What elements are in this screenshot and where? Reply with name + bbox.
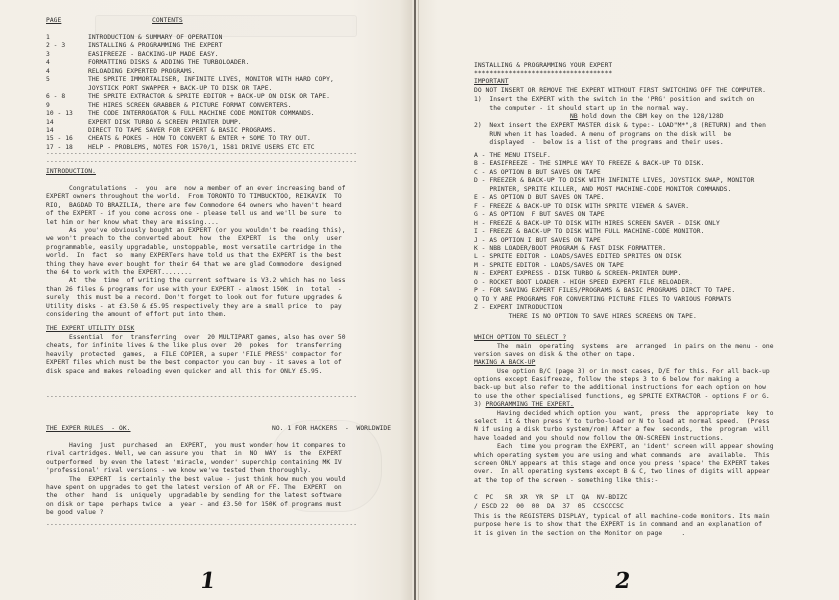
contents-entry: EASIFREEZE - BACKING-UP MADE EASY.	[88, 51, 219, 59]
register-display-line: C PC SR XR YR SP LT QA NV-BDIZC	[474, 494, 628, 502]
menu-option: N - EXPERT EXPRESS - DISK TURBO & SCREEN…	[474, 270, 681, 278]
page-title: INSTALLING & PROGRAMMING YOUR EXPERT	[474, 62, 612, 70]
section-heading: INTRODUCTION.	[46, 168, 96, 176]
menu-option: D - FREEZER & BACK-UP TO DISK WITH INFIN…	[474, 177, 754, 185]
menu-option: H - FREEZE & BACK-UP TO DISK WITH HIRES …	[474, 220, 720, 228]
paragraph-line: cheats, for infinite lives & the like pl…	[46, 342, 342, 350]
step-line: 1) Insert the EXPERT with the switch in …	[474, 96, 754, 104]
paragraph-line: we won't preach to the converted about h…	[46, 235, 342, 243]
paragraph-line: at the top of the screen - something lik…	[474, 477, 658, 485]
step-line: RUN when it has loaded. A menu of progra…	[474, 131, 731, 139]
contents-page-number: 1	[46, 34, 50, 42]
menu-option: G - AS OPTION F BUT SAVES ON TAPE	[474, 211, 605, 219]
contents-entry: CHEATS & POKES - HOW TO CONVERT & ENTER …	[88, 135, 311, 143]
step-line: the computer - it should start up in the…	[474, 105, 689, 113]
paragraph-line: Congratulations - you are now a member o…	[46, 185, 346, 193]
contents-entry: INSTALLING & PROGRAMMING THE EXPERT	[88, 42, 222, 50]
paragraph-line: Utility disks - at £3.50 & £5.95 respect…	[46, 303, 342, 311]
contents-page-number: 3	[46, 51, 50, 59]
contents-page-number: 4	[46, 68, 50, 76]
paragraph-line: Having just purchased an EXPERT, you mus…	[46, 442, 346, 450]
divider: ----------------------------------------…	[46, 521, 357, 529]
contents-page-number: 5	[46, 76, 50, 84]
section-heading: IMPORTANT	[474, 78, 509, 86]
step-line: 2) Next insert the EXPERT MASTER disk & …	[474, 122, 766, 130]
contents-entry: DIRECT TO TAPE SAVER FOR EXPERT & BASIC …	[88, 127, 276, 135]
paragraph-line: The EXPERT is certainly the best value -…	[46, 476, 346, 484]
contents-header: CONTENTS	[152, 17, 183, 25]
menu-option: M - SPRITE EDITOR - LOADS/SAVES ON TAPE	[474, 262, 624, 270]
contents-entry: EXPERT DISK TURBO & SCREEN PRINTER DUMP.	[88, 119, 242, 127]
menu-option: P - FOR SAVING EXPERT FILES/PROGRAMS & B…	[474, 287, 735, 295]
menu-option: I - FREEZE & BACK-UP TO DISK WITH FULL M…	[474, 228, 704, 236]
paragraph-line: N if using a disk turbo system/rom) Afte…	[474, 426, 770, 434]
paragraph-line: disk space and makes reloading even quic…	[46, 368, 323, 376]
paragraph-line: considering the amount of effort put int…	[46, 311, 227, 319]
paragraph-line: This is the REGISTERS DISPLAY, typical o…	[474, 513, 770, 521]
contents-page-number: 15 - 16	[46, 135, 73, 143]
section-heading: WHICH OPTION TO SELECT ?	[474, 334, 566, 342]
paragraph-line: Use option B/C (page 3) or in most cases…	[474, 368, 770, 376]
contents-entry: INTRODUCTION & SUMMARY OF OPERATION	[88, 34, 222, 42]
paragraph-line: have loaded and you should now follow th…	[474, 435, 724, 443]
menu-option: Q TO Y ARE PROGRAMS FOR CONVERTING PICTU…	[474, 296, 731, 304]
menu-option: O - ROCKET BOOT LOADER - HIGH SPEED EXPE…	[474, 279, 693, 287]
paragraph-line: 'professional' rival versions - we know …	[46, 467, 311, 475]
paragraph-line: Essential for transferring over 20 MULTI…	[46, 334, 346, 342]
paragraph-line: At the time of writing the current softw…	[46, 277, 346, 285]
paragraph-line: be good value ?	[46, 509, 104, 517]
divider: ----------------------------------------…	[46, 393, 357, 401]
divider: ----------------------------------------…	[46, 150, 357, 158]
menu-option: A - THE MENU ITSELF.	[474, 152, 551, 160]
divider: ----------------------------------------…	[46, 158, 357, 166]
contents-entry: FORMATTING DISKS & ADDING THE TURBOLOADE…	[88, 59, 249, 67]
paragraph-line: Each time you program the EXPERT, an 'id…	[474, 443, 774, 451]
paragraph-line: The main operating systems are arranged …	[474, 343, 774, 351]
paragraph-line: let him or her know what they are missin…	[46, 219, 219, 227]
contents-entry: JOYSTICK PORT SWAPPER + BACK-UP TO DISK …	[88, 85, 272, 93]
book-spine	[414, 0, 416, 600]
paragraph-line: thing they have ever bought for their 64…	[46, 261, 342, 269]
paragraph-line: which operating system you are using and…	[474, 452, 770, 460]
contents-page-header: PAGE	[46, 17, 61, 25]
paragraph-line: As you've obviously bought an EXPERT (or…	[46, 227, 346, 235]
paragraph-line: back-up but also refer to the additional…	[474, 384, 766, 392]
paragraph-line: it is given in the section on the Monito…	[474, 530, 685, 538]
paragraph-line: world. In fact so many EXPERTers have to…	[46, 252, 342, 260]
section-number: 3)	[474, 401, 486, 408]
section-heading: THE EXPER RULES - OK.	[46, 425, 131, 433]
paragraph-line: EXPERT owners throughout the world. From…	[46, 193, 342, 201]
menu-option: B - EASIFREEZE - THE SIMPLE WAY TO FREEZ…	[474, 160, 704, 168]
menu-option: THERE IS NO OPTION TO SAVE HIRES SCREENS…	[474, 313, 697, 321]
title-rule: ************************************	[474, 70, 612, 78]
paragraph-line: RIO, BAGDAD TO BRAZILIA, there are few C…	[46, 202, 342, 210]
section-heading: PROGRAMMING THE EXPERT.	[486, 401, 574, 408]
paragraph-line: version saves on disk & the other on tap…	[474, 351, 635, 359]
tagline: NO. 1 FOR HACKERS - WORLDWIDE	[272, 425, 391, 433]
menu-option: C - AS OPTION B BUT SAVES ON TAPE	[474, 169, 601, 177]
contents-entry: THE SPRITE EXTRACTOR & SPRITE EDITOR + B…	[88, 93, 330, 101]
contents-entry: THE HIRES SCREEN GRABBER & PICTURE FORMA…	[88, 102, 292, 110]
menu-option: K - NBB LOADER/BOOT PROGRAM & FAST DISK …	[474, 245, 666, 253]
paragraph-line: EXPERT files which must be the best comp…	[46, 359, 342, 367]
paragraph-line: of the EXPERT - if you come across one -…	[46, 210, 342, 218]
menu-option: E - AS OPTION D BUT SAVES ON TAPE.	[474, 194, 605, 202]
menu-option: L - SPRITE EDITOR - LOADS/SAVES EDITED S…	[474, 253, 681, 261]
paragraph-line: heavily protected games, a FILE COPIER, …	[46, 351, 342, 359]
paragraph-line: on disk or tape perhaps twice a year - a…	[46, 501, 342, 509]
note-text: hold down the CBM key on the 128/128D	[578, 113, 724, 120]
menu-option: PRINTER, SPRITE KILLER, AND MOST MACHINE…	[474, 186, 731, 194]
contents-page-number: 4	[46, 59, 50, 67]
paragraph-line: select it & then press Y to turbo-load o…	[474, 418, 770, 426]
step-line: displayed - below is a list of the progr…	[474, 139, 724, 147]
paragraph-line: surely this must be a record. Don't forg…	[46, 294, 342, 302]
paragraph-line: purpose here is to show that the EXPERT …	[474, 521, 762, 529]
paragraph-line: the other hand is uniquely upgradable by…	[46, 492, 342, 500]
menu-option: F - FREEZE & BACK-UP TO DISK WITH SPRITE…	[474, 203, 689, 211]
paragraph-line: the 64 to work with the EXPERT........	[46, 269, 192, 277]
paragraph-line: programmable, easily upgradable, unstopp…	[46, 244, 342, 252]
paragraph-line: over. In all operating systems except B …	[474, 468, 770, 476]
paragraph-line: Having decided which option you want, pr…	[474, 410, 774, 418]
paragraph-line: than 26 files & programs for use with yo…	[46, 286, 342, 294]
contents-page-number: 10 - 13	[46, 110, 73, 118]
paragraph-line: options except Easifreeze, follow the st…	[474, 376, 739, 384]
contents-entry: THE SPRITE IMMORTALISER, INFINITE LIVES,…	[88, 76, 334, 84]
register-display-line: / ESCD 22 00 00 DA 37 05 CCSCCCSC	[474, 503, 624, 511]
section-heading: MAKING A BACK-UP	[474, 359, 535, 367]
warning-text: DO NOT INSERT OR REMOVE THE EXPERT WITHO…	[474, 87, 766, 95]
menu-option: J - AS OPTION I BUT SAVES ON TAPE	[474, 237, 601, 245]
paragraph-line: screen ONLY appears at this stage and on…	[474, 460, 770, 468]
paragraph-line: have spent on upgrades to get the latest…	[46, 484, 342, 492]
contents-entry: THE CODE INTERROGATOR & FULL MACHINE COD…	[88, 110, 315, 118]
contents-page-number: 14	[46, 127, 54, 135]
note-line: NB hold down the CBM key on the 128/128D	[570, 113, 724, 121]
book-spine-shadow	[418, 0, 419, 600]
contents-page-number: 14	[46, 119, 54, 127]
section-heading: THE EXPERT UTILITY DISK	[46, 325, 134, 333]
contents-entry: RELOADING EXPERTED PROGRAMS.	[88, 68, 196, 76]
section-heading-line: 3) PROGRAMMING THE EXPERT.	[474, 401, 574, 409]
note-label: NB	[570, 113, 578, 120]
paragraph-line: to use the other specialised functions, …	[474, 393, 770, 401]
contents-page-number: 2 - 3	[46, 42, 65, 50]
contents-page-number: 9	[46, 102, 50, 110]
paragraph-line: rival cartridges. Well, we can assure yo…	[46, 450, 342, 458]
menu-option: Z - EXPERT INTRODUCTION	[474, 304, 562, 312]
contents-page-number: 6 - 8	[46, 93, 65, 101]
paragraph-line: outperformed by even the latest 'miracle…	[46, 459, 342, 467]
